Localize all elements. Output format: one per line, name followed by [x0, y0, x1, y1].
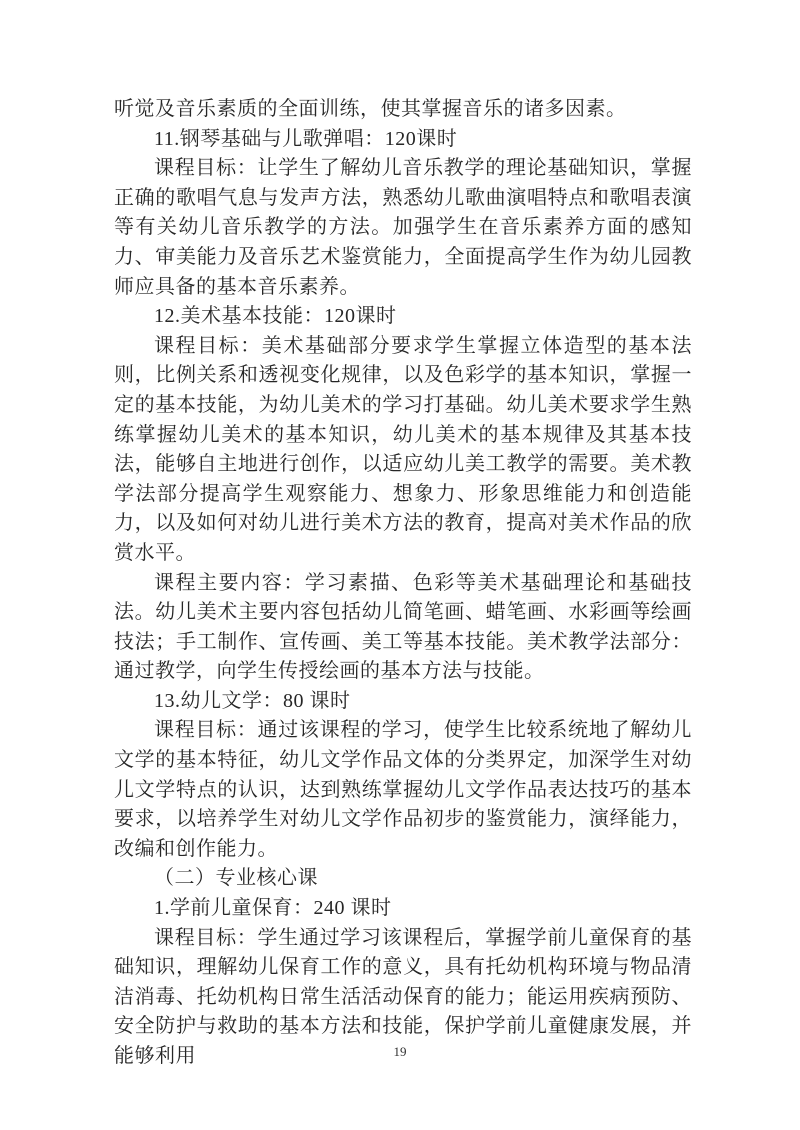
- paragraph-13-course-objectives: 课程目标：通过该课程的学习，使学生比较系统地了解幼儿文学的基本特征，幼儿文学作品…: [114, 716, 692, 864]
- paragraph-12-course-content: 课程主要内容：学习素描、色彩等美术基础理论和基础技法。幼儿美术主要内容包括幼儿简…: [114, 569, 692, 687]
- paragraph-music-training-continuation: 听觉及音乐素质的全面训练，使其掌握音乐的诸多因素。: [114, 95, 692, 125]
- page-number: 19: [0, 1044, 800, 1060]
- document-body: 听觉及音乐素质的全面训练，使其掌握音乐的诸多因素。 11.钢琴基础与儿歌弹唱：1…: [114, 95, 692, 1072]
- item-1-preschool-childcare-heading: 1.学前儿童保育：240 课时: [114, 894, 692, 924]
- section-heading-core-courses: （二）专业核心课: [114, 864, 692, 894]
- paragraph-12-course-objectives: 课程目标：美术基础部分要求学生掌握立体造型的基本法则，比例关系和透视变化规律，以…: [114, 332, 692, 569]
- document-page: 听觉及音乐素质的全面训练，使其掌握音乐的诸多因素。 11.钢琴基础与儿歌弹唱：1…: [0, 0, 800, 1130]
- item-12-art-basic-skills-heading: 12.美术基本技能：120课时: [114, 302, 692, 332]
- item-13-children-literature-heading: 13.幼儿文学：80 课时: [114, 687, 692, 717]
- paragraph-11-course-objectives: 课程目标：让学生了解幼儿音乐教学的理论基础知识，掌握正确的歌唱气息与发声方法，熟…: [114, 154, 692, 302]
- item-11-piano-basics-heading: 11.钢琴基础与儿歌弹唱：120课时: [114, 125, 692, 155]
